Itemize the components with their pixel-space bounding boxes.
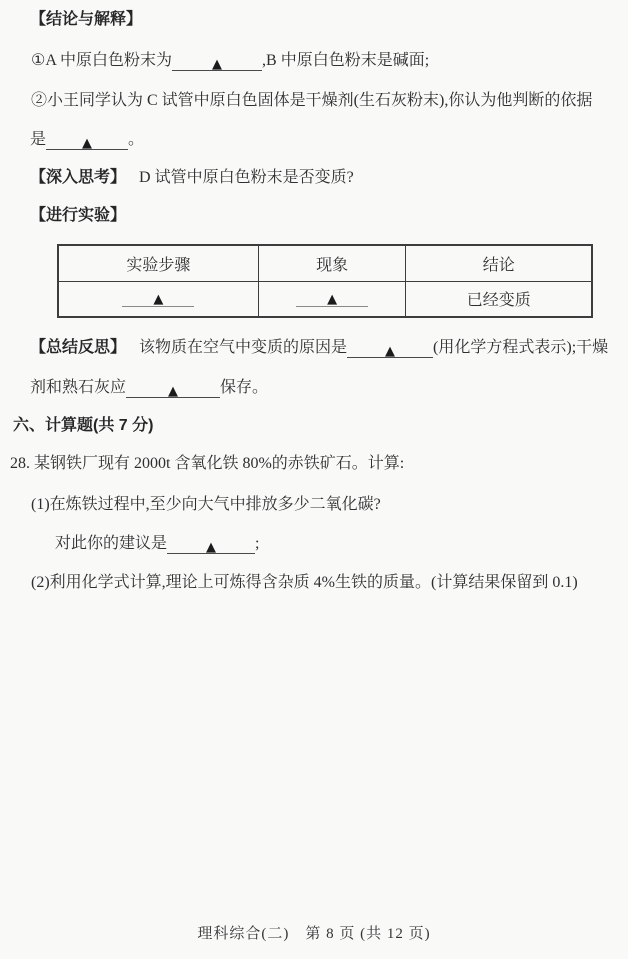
answer-blank-1: ▲ — [172, 53, 262, 71]
question-28-part1: (1)在炼铁过程中,至少向大气中排放多少二氧化碳? — [31, 494, 381, 515]
item2-text-post: 。 — [128, 131, 144, 148]
triangle-placeholder-icon: ▲ — [385, 343, 395, 360]
question-item-1: ①A 中原白色粉末为▲,B 中原白色粉末是碱面; — [31, 50, 429, 71]
calculation-section-header: 六、计算题(共 7 分) — [13, 415, 153, 436]
suggestion-text-pre: 对此你的建议是 — [55, 535, 167, 552]
triangle-placeholder-icon: ▲ — [82, 135, 92, 152]
summary-header: 【总结反思】 — [30, 339, 126, 356]
summary-line2: 剂和熟石灰应▲保存。 — [30, 377, 268, 398]
summary-line2-post: 保存。 — [220, 379, 268, 396]
answer-blank-2: ▲ — [46, 132, 128, 150]
triangle-placeholder-icon: ▲ — [153, 291, 163, 308]
triangle-placeholder-icon: ▲ — [212, 56, 222, 73]
question-item-2-line1: ②小王同学认为 C 试管中原白色固体是干燥剂(生石灰粉末),你认为他判断的依据 — [31, 90, 592, 111]
summary-line1: 【总结反思】该物质在空气中变质的原因是▲(用化学方程式表示);干燥 — [30, 337, 608, 358]
header-cell-steps: 实验步骤 — [58, 245, 258, 281]
answer-blank-phenomenon: ▲ — [296, 290, 368, 307]
question-item-2-line2: 是▲。 — [30, 129, 144, 150]
deep-think-line: 【深入思考】D 试管中原白色粉末是否变质? — [30, 167, 354, 188]
deep-think-question: D 试管中原白色粉末是否变质? — [139, 169, 354, 186]
suggestion-text-post: ; — [255, 535, 259, 552]
answer-blank-3: ▲ — [347, 340, 433, 358]
cell-conclusion: 已经变质 — [406, 281, 592, 317]
conclusion-section-header: 【结论与解释】 — [30, 9, 142, 30]
question-28-suggestion: 对此你的建议是▲; — [55, 533, 259, 554]
page-footer: 理科综合(二) 第 8 页 (共 12 页) — [0, 922, 628, 943]
summary-text-post: (用化学方程式表示);干燥 — [433, 339, 608, 356]
cell-phenomenon: ▲ — [258, 281, 406, 317]
summary-line2-pre: 剂和熟石灰应 — [30, 379, 126, 396]
deep-think-header: 【深入思考】 — [30, 169, 126, 186]
question-28-stem: 28. 某钢铁厂现有 2000t 含氧化铁 80%的赤铁矿石。计算: — [10, 453, 404, 474]
exam-page: 【结论与解释】 ①A 中原白色粉末为▲,B 中原白色粉末是碱面; ②小王同学认为… — [0, 0, 628, 959]
summary-text-pre: 该物质在空气中变质的原因是 — [139, 339, 347, 356]
question-28-part2: (2)利用化学式计算,理论上可炼得含杂质 4%生铁的质量。(计算结果保留到 0.… — [31, 572, 578, 593]
answer-blank-4: ▲ — [126, 380, 220, 398]
answer-blank-steps: ▲ — [122, 290, 194, 307]
header-cell-phenomenon: 现象 — [258, 245, 406, 281]
experiment-section-header: 【进行实验】 — [30, 205, 126, 226]
answer-blank-5: ▲ — [167, 536, 255, 554]
triangle-placeholder-icon: ▲ — [206, 539, 216, 556]
triangle-placeholder-icon: ▲ — [168, 383, 178, 400]
item1-text-pre: ①A 中原白色粉末为 — [31, 52, 172, 69]
triangle-placeholder-icon: ▲ — [327, 291, 337, 308]
item1-text-post: ,B 中原白色粉末是碱面; — [262, 52, 429, 69]
cell-steps: ▲ — [58, 281, 258, 317]
item2-text-pre: 是 — [30, 131, 46, 148]
experiment-table: 实验步骤 现象 结论 ▲ ▲ 已经变质 — [57, 244, 593, 318]
table-header-row: 实验步骤 现象 结论 — [58, 245, 592, 281]
header-cell-conclusion: 结论 — [406, 245, 592, 281]
table-data-row: ▲ ▲ 已经变质 — [58, 281, 592, 317]
